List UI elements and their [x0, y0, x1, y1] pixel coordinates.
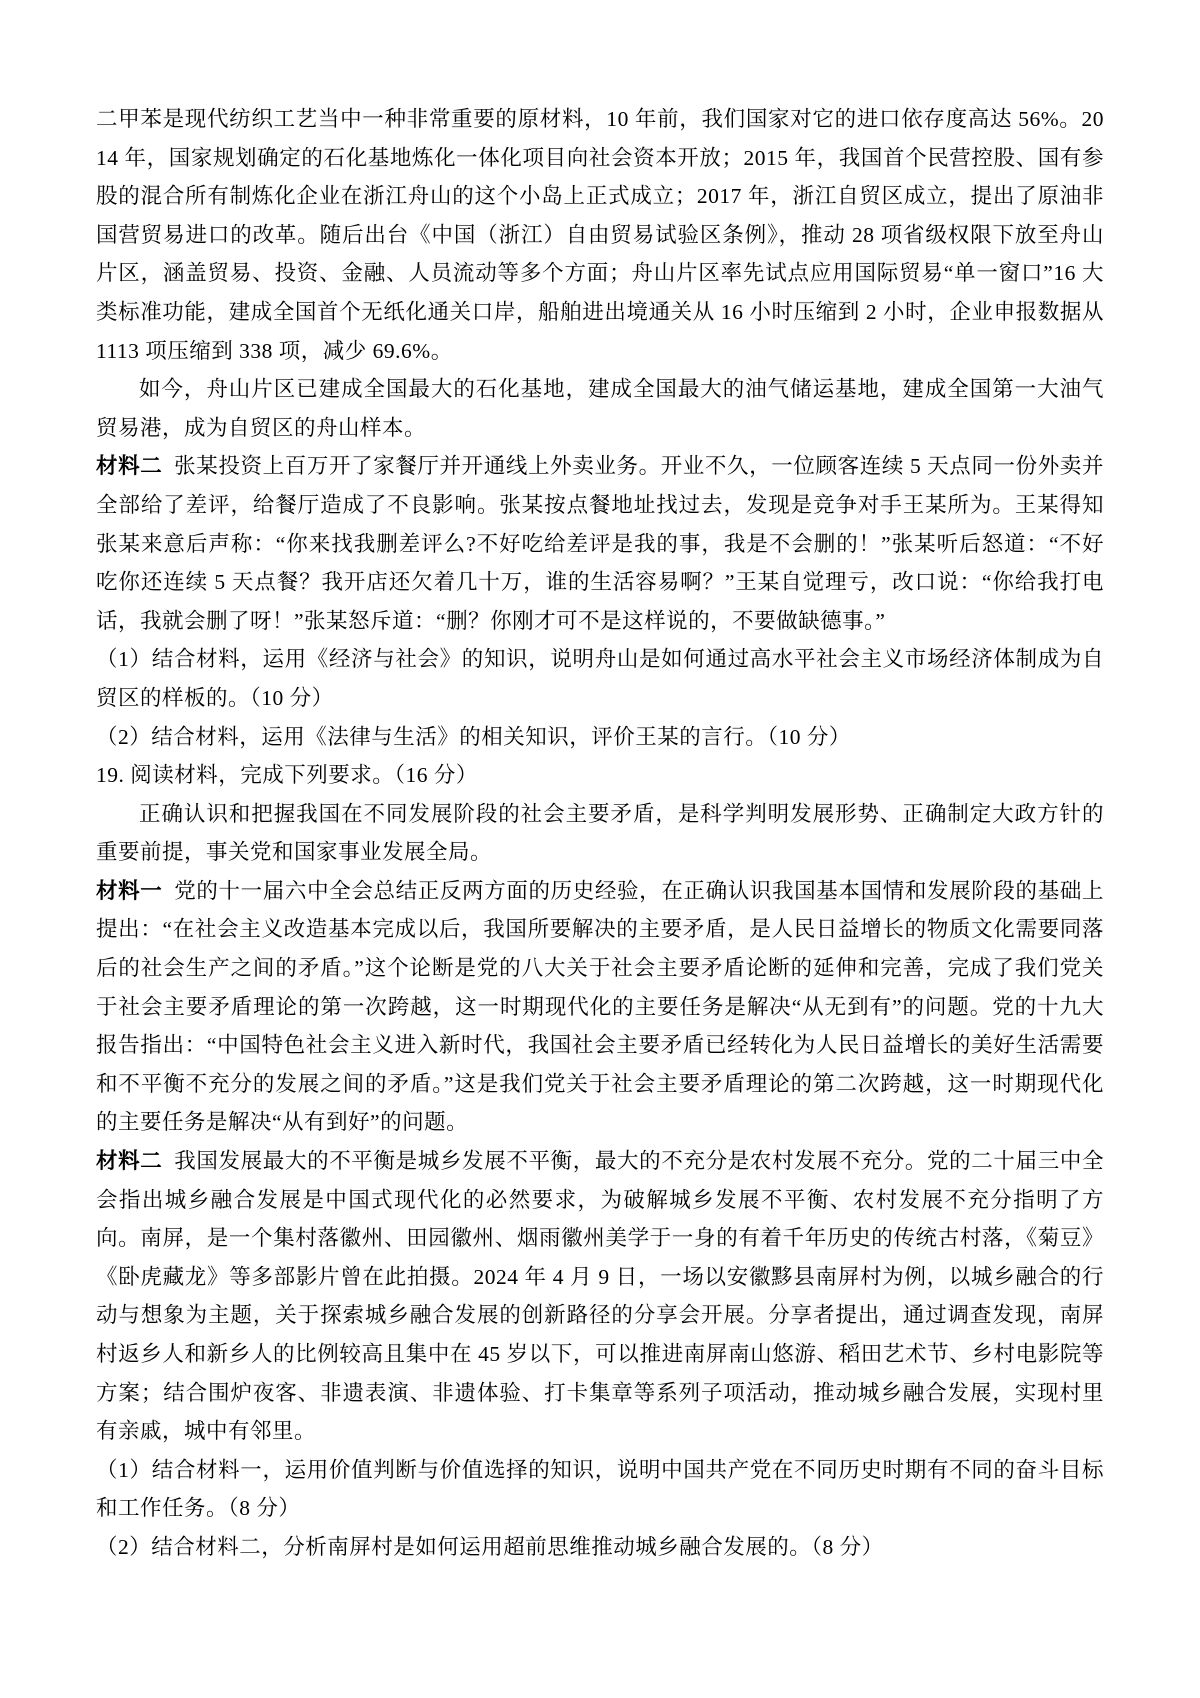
- paragraph-text: 张某投资上百万开了家餐厅并开通线上外卖业务。开业不久，一位顾客连续 5 天点同一…: [96, 454, 1104, 632]
- q19-intro: 正确认识和把握我国在不同发展阶段的社会主要矛盾，是科学判明发展形势、正确制定大政…: [96, 795, 1104, 872]
- exam-page: 二甲苯是现代纺织工艺当中一种非常重要的原材料，10 年前，我们国家对它的进口依存…: [0, 0, 1200, 1698]
- paragraph-text: 党的十一届六中全会总结正反两方面的历史经验，在正确认识我国基本国情和发展阶段的基…: [96, 879, 1104, 1135]
- text-block: 二甲苯是现代纺织工艺当中一种非常重要的原材料，10 年前，我们国家对它的进口依存…: [96, 100, 1104, 1567]
- material-label: 材料二: [96, 454, 162, 478]
- q19-question-2: （2）结合材料二，分析南屏村是如何运用超前思维推动城乡融合发展的。（8 分）: [96, 1528, 1104, 1567]
- q18-material-one-closing: 如今，舟山片区已建成全国最大的石化基地，建成全国最大的油气储运基地，建成全国第一…: [96, 370, 1104, 447]
- question-stem-text: 19. 阅读材料，完成下列要求。（16 分）: [96, 763, 478, 787]
- q18-question-1: （1）结合材料，运用《经济与社会》的知识，说明舟山是如何通过高水平社会主义市场经…: [96, 640, 1104, 717]
- question-text: （1）结合材料一，运用价值判断与价值选择的知识，说明中国共产党在不同历史时期有不…: [96, 1458, 1104, 1521]
- material-label: 材料二: [96, 1149, 162, 1173]
- material-label: 材料一: [96, 879, 162, 903]
- q18-material-two: 材料二张某投资上百万开了家餐厅并开通线上外卖业务。开业不久，一位顾客连续 5 天…: [96, 447, 1104, 640]
- q19-material-two: 材料二我国发展最大的不平衡是城乡发展不平衡，最大的不充分是农村发展不充分。党的二…: [96, 1142, 1104, 1451]
- paragraph-text: 如今，舟山片区已建成全国最大的石化基地，建成全国最大的油气储运基地，建成全国第一…: [96, 377, 1104, 440]
- q19-stem: 19. 阅读材料，完成下列要求。（16 分）: [96, 756, 1104, 795]
- q18-material-one-continued: 二甲苯是现代纺织工艺当中一种非常重要的原材料，10 年前，我们国家对它的进口依存…: [96, 100, 1104, 370]
- paragraph-text: 二甲苯是现代纺织工艺当中一种非常重要的原材料，10 年前，我们国家对它的进口依存…: [96, 107, 1104, 363]
- paragraph-text: 我国发展最大的不平衡是城乡发展不平衡，最大的不充分是农村发展不充分。党的二十届三…: [96, 1149, 1104, 1443]
- question-text: （2）结合材料，运用《法律与生活》的相关知识，评价王某的言行。（10 分）: [96, 725, 851, 749]
- question-text: （1）结合材料，运用《经济与社会》的知识，说明舟山是如何通过高水平社会主义市场经…: [96, 647, 1104, 710]
- q19-material-one: 材料一党的十一届六中全会总结正反两方面的历史经验，在正确认识我国基本国情和发展阶…: [96, 872, 1104, 1142]
- q18-question-2: （2）结合材料，运用《法律与生活》的相关知识，评价王某的言行。（10 分）: [96, 718, 1104, 757]
- paragraph-text: 正确认识和把握我国在不同发展阶段的社会主要矛盾，是科学判明发展形势、正确制定大政…: [96, 802, 1104, 865]
- question-text: （2）结合材料二，分析南屏村是如何运用超前思维推动城乡融合发展的。（8 分）: [96, 1535, 884, 1559]
- q19-question-1: （1）结合材料一，运用价值判断与价值选择的知识，说明中国共产党在不同历史时期有不…: [96, 1451, 1104, 1528]
